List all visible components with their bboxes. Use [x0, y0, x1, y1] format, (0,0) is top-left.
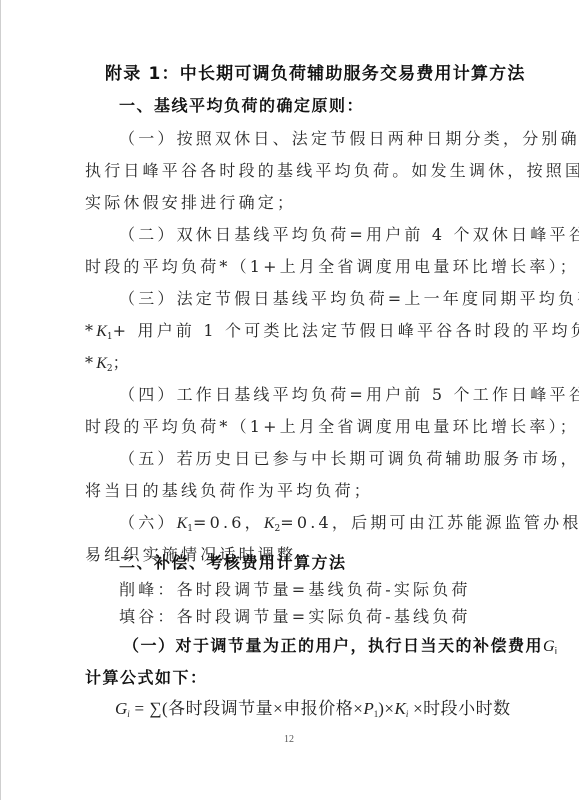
g-subscript: i [555, 647, 558, 657]
item3-line2-text: + 用户前 1 个可类比法定节假日峰平谷各时段的平均负荷 [113, 321, 579, 340]
g-symbol: G [543, 638, 555, 655]
asterisk: * [85, 353, 96, 372]
k1-symbol: K [177, 515, 188, 532]
k1-value: =0.6， [193, 513, 264, 532]
subsection1-line2: 计算公式如下： [85, 668, 208, 688]
page-number: 12 [284, 734, 294, 745]
formula-rhs: ×时段小时数 [408, 699, 510, 718]
item5-line2: 将当日的基线负荷作为平均负荷； [85, 481, 373, 501]
asterisk: * [85, 321, 96, 340]
subsection1-text: （一）对于调节量为正的用户，执行日当天的补偿费用 [123, 636, 543, 655]
compensation-formula: Gi = ∑(各时段调节量×申报价格×P1)×Ki ×时段小时数 [115, 699, 511, 724]
item1-line2: 执行日峰平谷各时段的基线平均负荷。如发生调休，按照国家 [85, 161, 579, 181]
item3-line1: （三）法定节假日基线平均负荷=上一年度同期平均负荷 [119, 289, 579, 309]
item3-line2: *K1+ 用户前 1 个可类比法定节假日峰平谷各时段的平均负荷 [85, 321, 579, 347]
item2-line2: 时段的平均负荷*（1+上月全省调度用电量环比增长率）； [85, 257, 579, 277]
section2-heading: 二、补偿、考核费用计算方法 [119, 553, 347, 573]
item3-line3: *K2； [85, 353, 132, 379]
formula-sum: = ∑(各时段调节量×申报价格× [130, 699, 364, 718]
item4-line1: （四）工作日基线平均负荷=用户前 5 个工作日峰平谷各 [119, 385, 579, 405]
subsection1-line1: （一）对于调节量为正的用户，执行日当天的补偿费用Gi [123, 636, 557, 662]
section1-heading: 一、基线平均负荷的确定原则： [119, 96, 364, 116]
g-symbol: G [115, 699, 127, 718]
formula-mid: )× [378, 699, 394, 718]
k2-value: =0.4，后期可由江苏能源监管办根据交 [280, 513, 579, 532]
appendix-title: 附录 1：中长期可调负荷辅助服务交易费用计算方法 [105, 64, 526, 84]
p-symbol: P [363, 699, 373, 718]
k2-symbol: K [96, 355, 107, 372]
item3-line3-text: ； [113, 353, 132, 372]
item1-line3: 实际休假安排进行确定； [85, 193, 296, 213]
k-symbol: K [394, 699, 405, 718]
k2-symbol: K [264, 515, 275, 532]
valley-fill-formula: 填谷：各时段调节量=实际负荷-基线负荷 [119, 607, 471, 627]
peak-cut-formula: 削峰：各时段调节量=基线负荷-实际负荷 [119, 580, 471, 600]
item6-prefix: （六） [119, 513, 177, 532]
item4-line2: 时段的平均负荷*（1+上月全省调度用电量环比增长率）； [85, 417, 579, 437]
k1-symbol: K [96, 323, 107, 340]
item1-line1: （一）按照双休日、法定节假日两种日期分类，分别确定 [119, 129, 579, 149]
item6-line1: （六）K1=0.6，K2=0.4，后期可由江苏能源监管办根据交 [119, 513, 579, 539]
item2-line1: （二）双休日基线平均负荷=用户前 4 个双休日峰平谷各 [119, 225, 579, 245]
item5-line1: （五）若历史日已参与中长期可调负荷辅助服务市场，则 [119, 449, 579, 469]
